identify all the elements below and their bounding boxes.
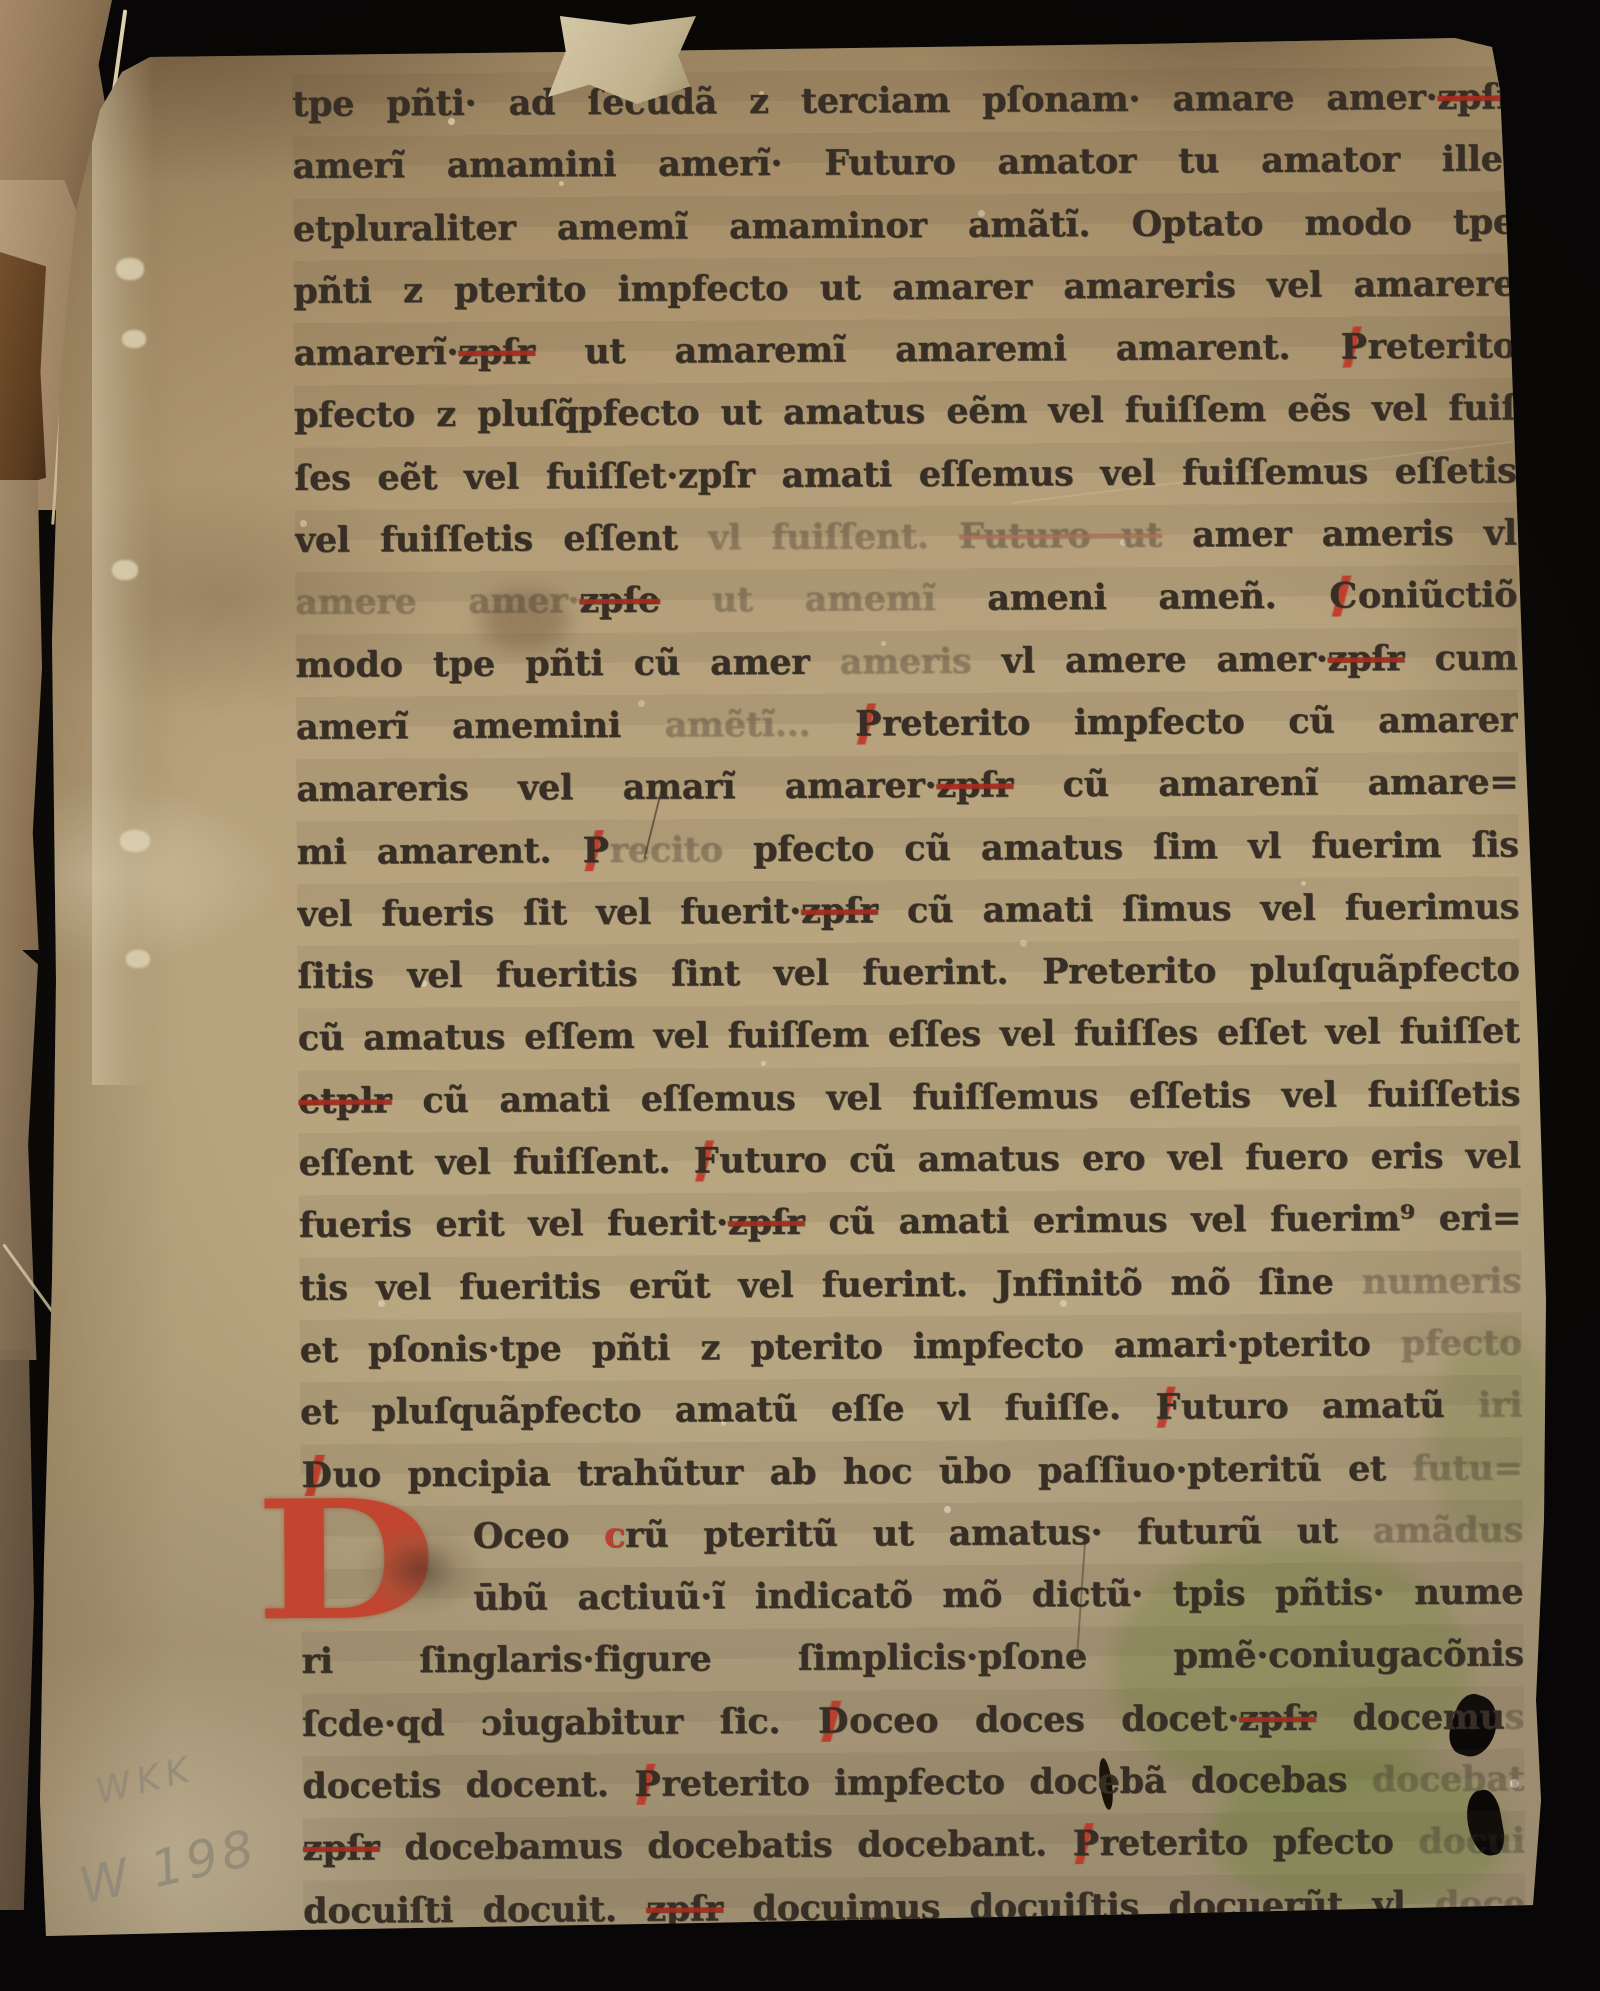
text-line: etpluraliter amemĩ amaminor amãtĩ. Optat… <box>293 191 1515 261</box>
text-line: amere amer·zpſe ut amemĩ ameni ameñ. Con… <box>295 565 1517 635</box>
initial-letter-smudge <box>357 1522 484 1618</box>
text-line: ſes eẽt vel fuiſſet·zpſr amati eſſemus v… <box>294 440 1516 510</box>
text-line: mi amarent. Precito pfecto cũ amatus ſim… <box>297 814 1519 884</box>
glue-patch <box>122 330 146 348</box>
text-line: Duo pncipia trahũtur ab hoc ūbo paſſiuo·… <box>300 1437 1522 1507</box>
glue-patch <box>126 950 150 968</box>
text-line: vel fueris ſit vel fuerit·zpſr cũ amati … <box>297 876 1519 946</box>
leather-strap <box>0 252 46 492</box>
glue-patch <box>112 560 138 580</box>
text-block: D tpe pñti· ad ſecũdã z terciam pſonam· … <box>292 67 1525 1943</box>
text-line: et pſonis·tpe pñti z pterito impfecto am… <box>300 1312 1522 1382</box>
text-line: pfecto z pluſq̃pfecto ut amatus eẽm vel … <box>294 378 1516 448</box>
text-line: et pluſquãpfecto amatũ eſſe vl fuiſſe. F… <box>300 1375 1522 1445</box>
text-line: amareris vel amarĩ amarer·zpſr cũ amaren… <box>296 752 1518 822</box>
text-line: ſcde·qd ɔiugabitur ſic. Doceo doces doce… <box>302 1686 1524 1756</box>
text-line: cũ amatus eſſem vel fuiſſem eſſes vel fu… <box>298 1001 1520 1071</box>
text-line: vel fuiſſetis eſſent vl fuiſſent. Futuro… <box>295 503 1517 573</box>
manuscript-leaf: D tpe pñti· ad ſecũdã z terciam pſonam· … <box>0 0 1600 1991</box>
text-line: amarerĩ·zpſr ut amaremĩ amaremi amarent.… <box>294 316 1516 386</box>
text-line: amerĩ amemini amẽtĩ... Preterito impfect… <box>296 689 1518 759</box>
glue-patch <box>116 258 144 280</box>
text-line: eſſent vel fuiſſent. Futuro cũ amatus er… <box>298 1126 1520 1196</box>
text-line: ri ſinglaris·figure ſimplicis·pſone pmẽ·… <box>302 1624 1524 1694</box>
binding-stub <box>0 480 42 950</box>
initial-letter-D: D <box>255 1501 499 1634</box>
text-line: ſitis vel fueritis ſint vel fuerint. Pre… <box>297 939 1519 1009</box>
text-line: docetis docent. Preterito impfecto doceb… <box>302 1749 1524 1819</box>
binding-stub <box>0 930 38 1360</box>
glue-patch <box>120 830 150 852</box>
text-line: pñti z pterito impfecto ut amarer amarer… <box>293 253 1515 323</box>
text-line: tis vel fueritis erũt vel fuerint. Jnfin… <box>299 1250 1521 1320</box>
text-line: zpſr docebamus docebatis docebant. Prete… <box>303 1811 1525 1881</box>
text-line: etplr cũ amati eſſemus vel fuiſſemus eſſ… <box>298 1063 1520 1133</box>
pencil-shelfmark: W 198 <box>74 1818 263 1915</box>
text-line: modo tpe pñti cũ amer ameris vl amere am… <box>295 627 1517 697</box>
text-line: docuiſti docuit. zpſr docuimus docuiſtis… <box>303 1873 1525 1943</box>
pencil-inscription: WKK <box>92 1748 200 1812</box>
text-line: tpe pñti· ad ſecũdã z terciam pſonam· am… <box>292 67 1514 137</box>
text-line: amerĩ amamini amerĩ· Futuro amator tu am… <box>292 129 1514 199</box>
binding-stub <box>0 1350 34 1910</box>
text-line: fueris erit vel fuerit·zpſr cũ amati eri… <box>299 1188 1521 1258</box>
